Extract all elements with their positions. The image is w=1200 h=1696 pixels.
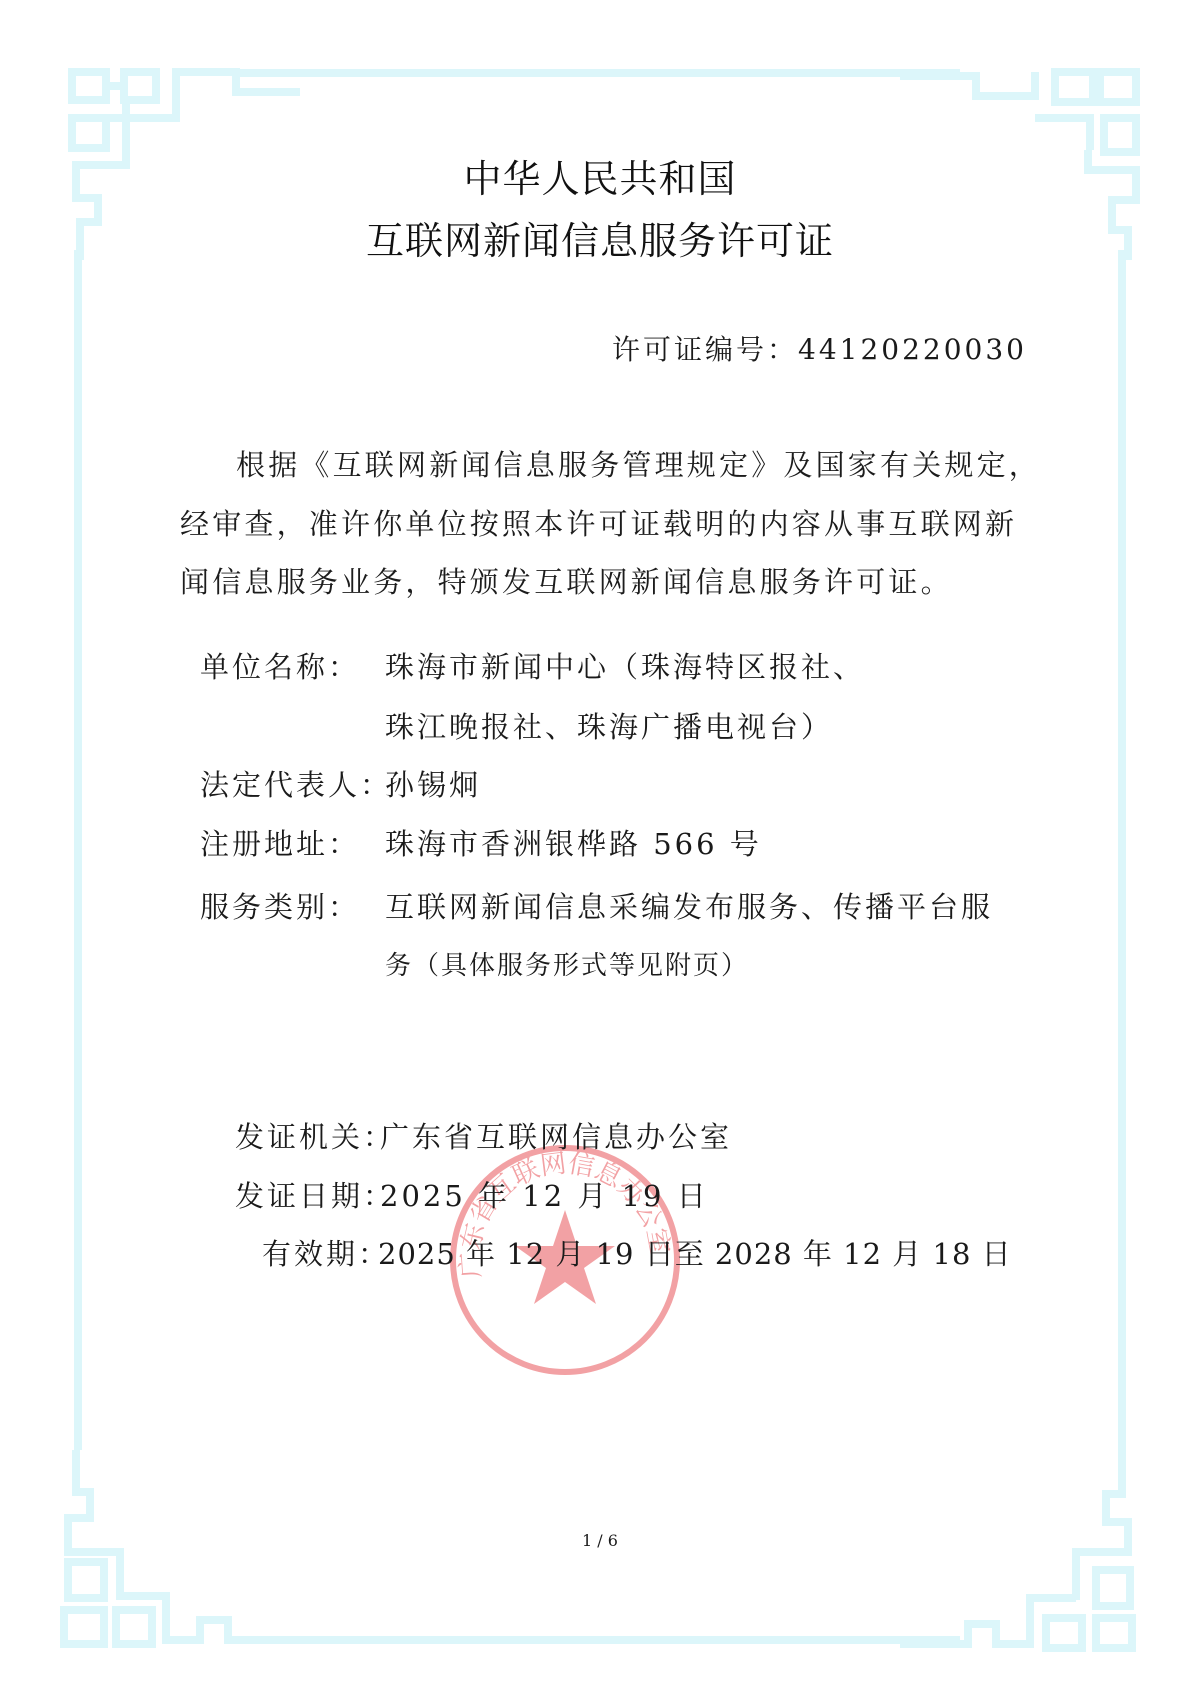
unit-name-value-line-2: 珠江晚报社、珠海广播电视台） [385, 705, 833, 746]
page-number: 1 / 6 [0, 1531, 1200, 1550]
issue-date-label: 发证日期： [235, 1174, 395, 1215]
issuing-authority-label: 发证机关： [235, 1115, 395, 1156]
document-title-line2: 互联网新闻信息服务许可证 [0, 210, 1200, 265]
legal-representative-value: 孙锡炯 [385, 763, 481, 804]
body-paragraph-line-2: 经审查，准许你单位按照本许可证载明的内容从事互联网新 [180, 502, 1017, 543]
service-category-value-line-2: 务（具体服务形式等见附页） [385, 945, 749, 982]
service-category-label: 服务类别： [200, 885, 360, 926]
registered-address-value: 珠海市香洲银桦路 566 号 [385, 822, 762, 863]
unit-name-label: 单位名称： [200, 645, 360, 686]
license-number-row: 许可证编号：44120220030 [612, 328, 1027, 368]
license-number-label: 许可证编号： [612, 333, 798, 366]
validity-label: 有效期： [262, 1232, 390, 1273]
unit-name-value-line-1: 珠海市新闻中心（珠海特区报社、 [385, 645, 865, 686]
license-number-value: 44120220030 [798, 333, 1027, 366]
service-category-value-line-1: 互联网新闻信息采编发布服务、传播平台服 [385, 885, 993, 926]
body-paragraph-line-3: 闻信息服务业务，特颁发互联网新闻信息服务许可证。 [180, 560, 953, 601]
body-paragraph-line-1: 根据《互联网新闻信息服务管理规定》及国家有关规定， [236, 443, 1041, 484]
registered-address-label: 注册地址： [200, 822, 360, 863]
issue-date-value: 2025 年 12 月 19 日 [380, 1174, 709, 1215]
validity-value: 2025 年 12 月 19 日至 2028 年 12 月 18 日 [378, 1232, 1012, 1273]
document-title-line1: 中华人民共和国 [0, 148, 1200, 203]
issuing-authority-value: 广东省互联网信息办公室 [380, 1115, 732, 1156]
legal-representative-label: 法定代表人： [200, 763, 392, 804]
